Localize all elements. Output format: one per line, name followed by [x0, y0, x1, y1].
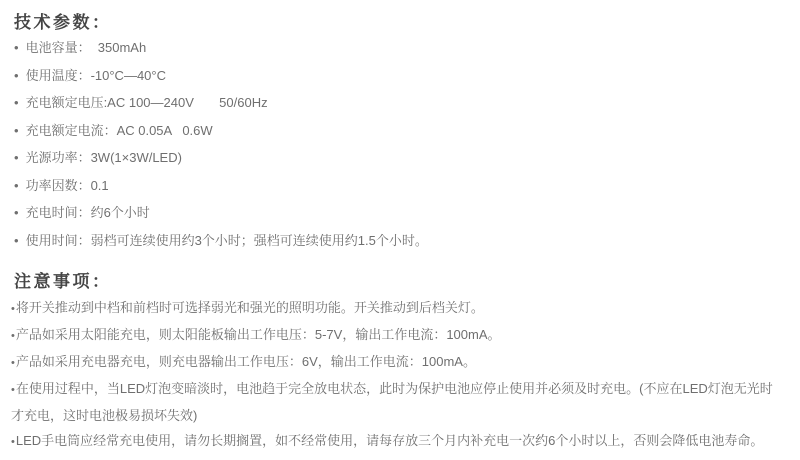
bullet-icon: • — [11, 436, 15, 448]
list-item-text: 光源功率：3W(1×3W/LED) — [26, 150, 182, 165]
list-item: •充电时间：约6个小时 — [14, 199, 784, 227]
section-items: •电池容量： 350mAh •使用温度：-10°C—40°C •充电额定电压:A… — [14, 34, 784, 254]
list-item-text: 充电时间：约6个小时 — [26, 205, 150, 220]
list-item-text: 产品如采用充电器充电，则充电器输出工作电压：6V，输出工作电流：100mA。 — [16, 354, 476, 369]
list-item-text: 使用温度：-10°C—40°C — [26, 68, 166, 83]
list-item-text: 产品如采用太阳能充电，则太阳能板输出工作电压：5-7V，输出工作电流：100mA… — [16, 327, 501, 342]
document-body: 技术参数： •电池容量： 350mAh •使用温度：-10°C—40°C •充电… — [0, 0, 800, 455]
list-item-text: 充电额定电流：AC 0.05A 0.6W — [26, 123, 213, 138]
list-item: •电池容量： 350mAh — [14, 34, 784, 62]
bullet-icon: • — [14, 178, 19, 193]
bullet-icon: • — [14, 123, 19, 138]
list-item: •充电额定电压:AC 100—240V 50/60Hz — [14, 89, 784, 117]
list-item: •功率因数：0.1 — [14, 172, 784, 200]
bullet-icon: • — [11, 330, 15, 342]
bullet-icon: • — [14, 40, 19, 55]
bullet-icon: • — [14, 68, 19, 83]
list-item-text: 电池容量： 350mAh — [26, 40, 147, 55]
section-0: 技术参数： •电池容量： 350mAh •使用温度：-10°C—40°C •充电… — [14, 12, 784, 254]
list-item-text: 在使用过程中，当LED灯泡变暗淡时，电池趋于完全放电状态，此时为保护电池应停止使… — [11, 381, 773, 423]
list-item-text: LED手电筒应经常充电使用，请勿长期搁置，如不经常使用，请每存放三个月内补充电一… — [16, 433, 764, 448]
list-item: •将开关推动到中档和前档时可选择弱光和强光的照明功能。开关推动到后档关灯。 — [11, 295, 784, 322]
bullet-icon: • — [14, 95, 19, 110]
list-item: •在使用过程中，当LED灯泡变暗淡时，电池趋于完全放电状态，此时为保护电池应停止… — [11, 376, 784, 428]
list-item-text: 功率因数：0.1 — [26, 178, 109, 193]
list-item: •充电额定电流：AC 0.05A 0.6W — [14, 117, 784, 145]
list-item: •产品如采用太阳能充电，则太阳能板输出工作电压：5-7V，输出工作电流：100m… — [11, 322, 784, 349]
list-item-text: 使用时间：弱档可连续使用约3个小时；强档可连续使用约1.5个小时。 — [26, 233, 428, 248]
bullet-icon: • — [11, 303, 15, 315]
bullet-icon: • — [11, 357, 15, 369]
list-item: •LED手电筒应经常充电使用，请勿长期搁置，如不经常使用，请每存放三个月内补充电… — [11, 428, 784, 455]
list-item-text: 将开关推动到中档和前档时可选择弱光和强光的照明功能。开关推动到后档关灯。 — [16, 300, 484, 315]
list-item: •使用时间：弱档可连续使用约3个小时；强档可连续使用约1.5个小时。 — [14, 227, 784, 255]
list-item-text: 充电额定电压:AC 100—240V 50/60Hz — [26, 95, 268, 110]
bullet-icon: • — [14, 150, 19, 165]
section-items: •将开关推动到中档和前档时可选择弱光和强光的照明功能。开关推动到后档关灯。 •产… — [11, 295, 784, 455]
bullet-icon: • — [14, 205, 19, 220]
bullet-icon: • — [11, 384, 15, 396]
bullet-icon: • — [14, 233, 19, 248]
list-item: •使用温度：-10°C—40°C — [14, 62, 784, 90]
section-title: 技术参数： — [14, 12, 784, 34]
list-item: •光源功率：3W(1×3W/LED) — [14, 144, 784, 172]
section-title: 注意事项： — [14, 271, 784, 293]
section-1: 注意事项： •将开关推动到中档和前档时可选择弱光和强光的照明功能。开关推动到后档… — [14, 271, 784, 455]
list-item: •产品如采用充电器充电，则充电器输出工作电压：6V，输出工作电流：100mA。 — [11, 349, 784, 376]
